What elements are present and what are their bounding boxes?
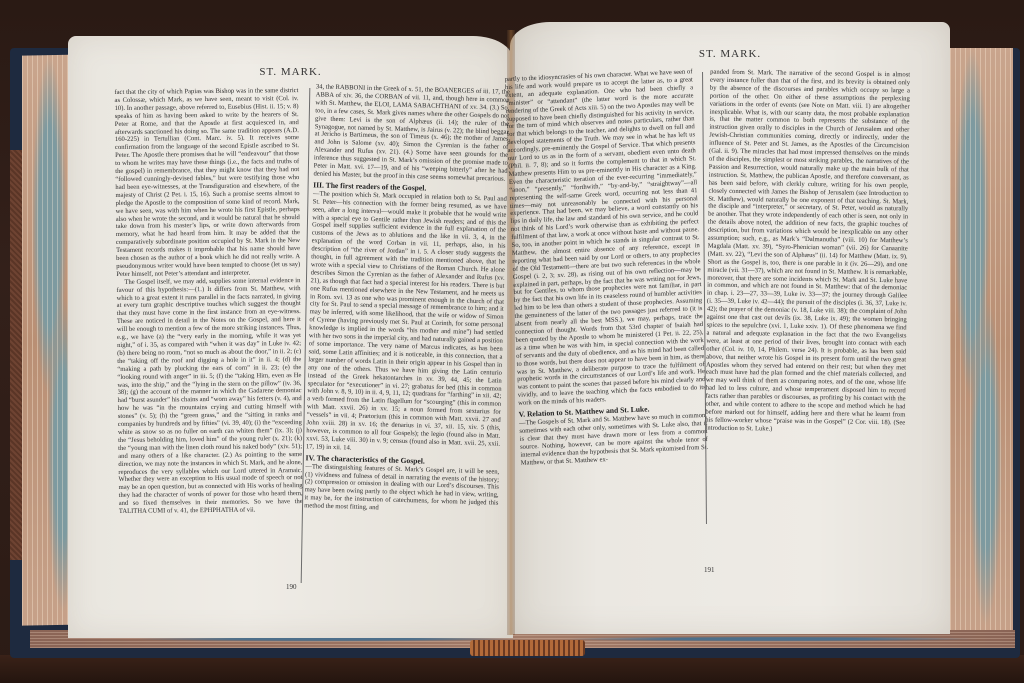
paragraph: panded from St. Mark. The narrative of t… bbox=[705, 69, 910, 435]
page-number-right: 191 bbox=[704, 566, 715, 574]
running-head-right: ST. MARK. bbox=[510, 48, 950, 60]
right-page-column-2: panded from St. Mark. The narrative of t… bbox=[704, 69, 910, 528]
right-page-column-1: partly to the idiosyncrasies of his own … bbox=[504, 68, 711, 533]
paragraph: The Gospel itself, we may add, supplies … bbox=[116, 277, 302, 516]
left-page-column-2: 34, the RABBONI in the Greek of x. 51, t… bbox=[302, 83, 510, 588]
running-head-left: ST. MARK. bbox=[68, 66, 513, 78]
left-page-column-1: fact that the city of which Papias was B… bbox=[114, 87, 303, 589]
page-number-left: 190 bbox=[286, 583, 297, 591]
spine-headband bbox=[470, 640, 585, 656]
paragraph: —The Gospels of St. Mark and St. Matthew… bbox=[519, 412, 709, 467]
paragraph: 34, the RABBONI in the Greek of x. 51, t… bbox=[313, 83, 510, 183]
paragraph: partly to the idiosyncrasies of his own … bbox=[504, 68, 706, 408]
wooden-table bbox=[0, 655, 1024, 683]
paragraph: —The position which St. Mark occupied in… bbox=[306, 190, 507, 456]
paragraph: —The distinguishing features of St. Mark… bbox=[304, 463, 499, 516]
marbled-page-edge-right bbox=[945, 48, 1013, 638]
paragraph: fact that the city of which Papias was B… bbox=[114, 87, 300, 279]
